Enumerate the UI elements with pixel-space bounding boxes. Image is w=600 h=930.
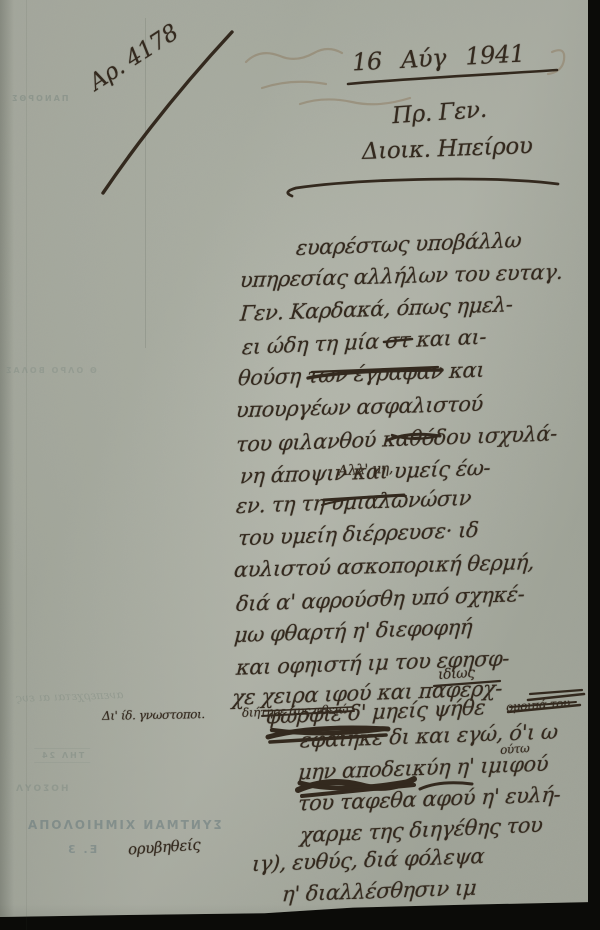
paper-crease xyxy=(145,18,146,348)
scanned-letter-page: { "document_type": "handwritten letter (… xyxy=(0,0,600,930)
bleedthrough-stamp: ΣΥΝΤΜΑΝ ΧΙΜΗΙΟΛΟΠΑ xyxy=(26,818,222,832)
insertion-above-line: Αλλ' μη, xyxy=(338,461,394,480)
margin-note-left: Δι' ίδ. γνωστοποι. xyxy=(102,707,205,723)
bleedthrough-text: ΗΟΣΟΥΛ xyxy=(14,784,68,794)
bleedthrough-phone-row: ΤΗΛ 24 xyxy=(34,748,90,763)
bleedthrough-stamp-small: Ε. 3 xyxy=(66,843,97,856)
bleedthrough-text: Θ ΟΛΡΟ ΒΟΛΑΣ xyxy=(4,366,97,375)
insertion-word: ιδίως xyxy=(438,665,475,683)
insertion-tiny: ούτω xyxy=(500,741,530,757)
bleedthrough-text: ΠΑΝΟΡΘΣ xyxy=(10,94,69,103)
